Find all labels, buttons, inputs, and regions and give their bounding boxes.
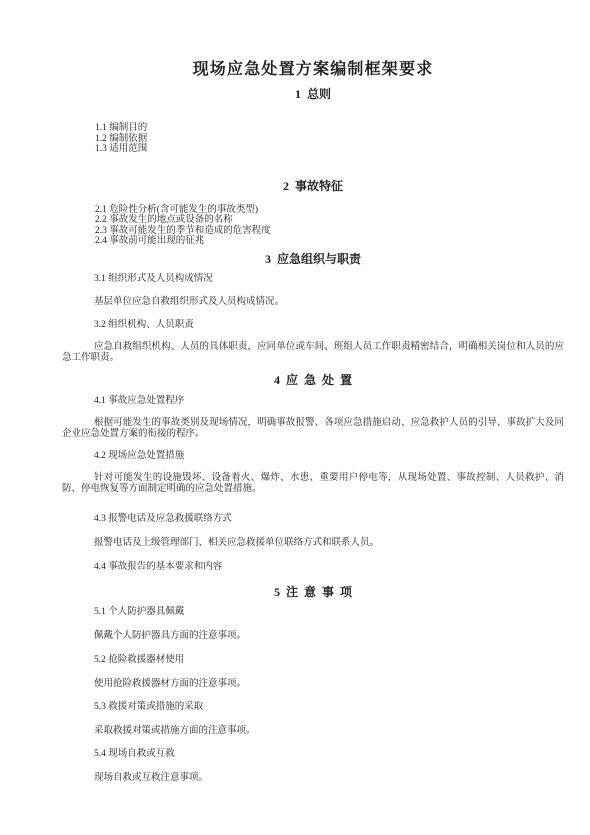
subsection-4-3-heading: 4.3 报警电话及应急救援联络方式 [62, 514, 564, 525]
section-2-items: 2.1 危险性分析(含可能发生的事故类型) 2.2 事故发生的地点或设备的名称 … [62, 205, 564, 247]
subsection-4-3-body: 报警电话及上级管理部门、相关应急救援单位联络方式和联系人员。 [62, 538, 564, 549]
subsection-5-4-heading: 5.4 现场自救或互救 [62, 749, 564, 760]
subsection-4-2-heading: 4.2 现场应急处置措施 [62, 451, 564, 462]
document-title: 现场应急处置方案编制框架要求 [62, 60, 564, 79]
subsection-3-1-body: 基层单位应急自救组织形式及人员构成情况。 [62, 297, 564, 308]
subsection-4-1-body: 根据可能发生的事故类别及现场情况，明确事故报警、各项应急措施启动、应急救护人员的… [62, 418, 564, 441]
section-1-heading: 1 总则 [62, 88, 564, 100]
toc-item: 1.2 编制依据 [62, 134, 564, 145]
toc-item: 1.3 适用范围 [62, 144, 564, 155]
toc-item: 2.4 事故前可能出现的征兆 [62, 236, 564, 247]
toc-item: 2.2 事故发生的地点或设备的名称 [62, 215, 564, 226]
subsection-5-4-body: 现场自救或互救注意事项。 [62, 773, 564, 784]
toc-item: 2.3 事故可能发生的季节和造成的危害程度 [62, 226, 564, 237]
section-4-heading: 4 应 急 处 置 [62, 374, 564, 386]
subsection-5-1-heading: 5.1 个人防护器具佩戴 [62, 607, 564, 618]
section-3-heading: 3 应急组织与职责 [62, 253, 564, 265]
subsection-3-1-heading: 3.1 组织形式及人员构成情况 [62, 274, 564, 285]
section-5-heading: 5 注 意 事 项 [62, 586, 564, 598]
section-2-heading: 2 事故特征 [62, 180, 564, 192]
toc-item: 2.1 危险性分析(含可能发生的事故类型) [62, 205, 564, 216]
subsection-5-2-body: 使用抢险救援器材方面的注意事项。 [62, 679, 564, 690]
subsection-5-1-body: 佩戴个人防护器具方面的注意事项。 [62, 631, 564, 642]
subsection-5-3-heading: 5.3 救援对策或措施的采取 [62, 702, 564, 713]
toc-item: 1.1 编制目的 [62, 123, 564, 134]
subsection-3-2-body: 应急自救组织机构、人员的具体职责，应同单位或车间、班组人员工作职责精密结合，明确… [62, 342, 564, 365]
subsection-4-4-heading: 4.4 事故报告的基本要求和内容 [62, 562, 564, 573]
subsection-4-2-body: 针对可能发生的设施毁坏、设备着火、爆炸、水患、重要用户停电等，从现场处置、事故控… [62, 473, 564, 496]
subsection-5-2-heading: 5.2 抢险救援器材使用 [62, 655, 564, 666]
document-page: 现场应急处置方案编制框架要求 1 总则 1.1 编制目的 1.2 编制依据 1.… [0, 0, 590, 835]
subsection-5-3-body: 采取救援对策或措施方面的注意事项。 [62, 726, 564, 737]
subsection-3-2-heading: 3.2 组织机构、人员职责 [62, 320, 564, 331]
section-1-items: 1.1 编制目的 1.2 编制依据 1.3 适用范围 [62, 123, 564, 155]
subsection-4-1-heading: 4.1 事故应急处置程序 [62, 396, 564, 407]
